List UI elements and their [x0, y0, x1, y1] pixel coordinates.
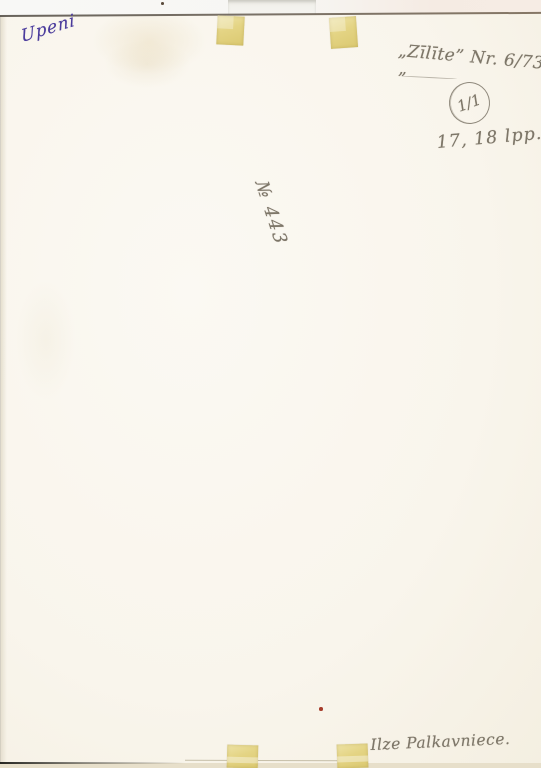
- page-numbers-note: 17, 18 lpp.: [436, 124, 541, 153]
- red-ink-speck: [319, 707, 323, 711]
- tape-bottom-left: [227, 745, 259, 768]
- tape-top-left: [216, 15, 244, 45]
- paper-stain: [16, 280, 76, 400]
- dust-speck: [161, 2, 164, 5]
- paper-left-edge: [0, 15, 7, 763]
- publication-note: „Zīlīte” Nr. 6/73: [397, 41, 541, 74]
- negative-number-note: № 443: [250, 179, 291, 247]
- tape-bottom-right: [337, 743, 369, 768]
- photographer-name-note: Ilze Palkavniece.: [370, 730, 511, 754]
- paper-bottom-edge-dark: [0, 762, 185, 765]
- paper-stain: [104, 40, 190, 88]
- tape-top-right: [329, 16, 358, 49]
- paper-stain: [92, 8, 207, 74]
- circled-copy-number: 1/1: [447, 80, 492, 126]
- publication-underline: [401, 76, 457, 80]
- photo-back-scan: Upeni „Zīlīte” Nr. 6/73 „ 1/1 17, 18 lpp…: [0, 0, 541, 768]
- paper-bottom-edge-faint: [185, 759, 355, 761]
- copy-fraction-text: 1/1: [455, 90, 484, 115]
